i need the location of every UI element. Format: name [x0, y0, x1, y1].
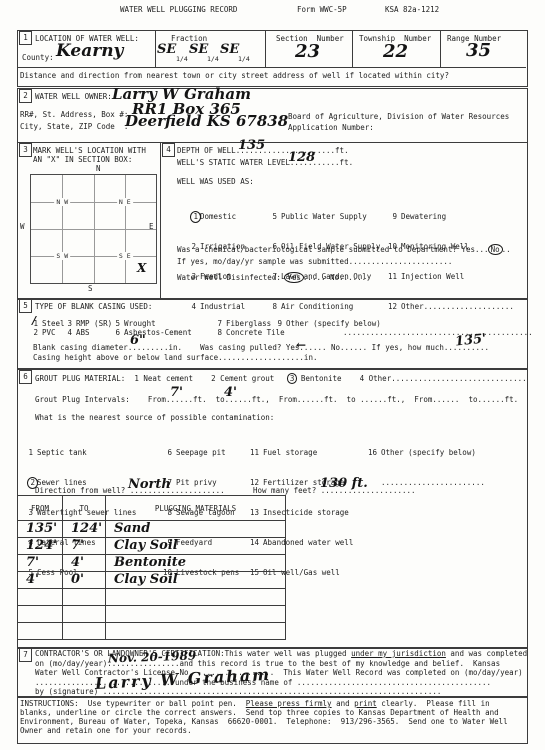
materials-column-header: PLUGGING MATERIALS: [106, 496, 286, 521]
section6-number: 6: [19, 370, 32, 384]
contamination-option: 6Seepage pit: [163, 448, 239, 458]
quadrant-ne-label: N E: [117, 198, 133, 206]
grout-interval-from-value: 7': [170, 385, 183, 400]
casing-option-label: Concrete Tile: [226, 328, 285, 337]
compass-west-label: W: [20, 222, 25, 231]
quadrant-sw-label: S W: [54, 252, 70, 260]
table-row: 7'4'Bentonite: [18, 555, 286, 572]
casing-option-number: 2: [33, 328, 38, 337]
table-row: [18, 606, 286, 623]
distance-question: Distance and direction from nearest town…: [20, 71, 449, 80]
table-row: 124'7'Clay Soil: [18, 538, 286, 555]
print-underlined: print: [354, 699, 377, 708]
casing-option-label: PVC: [42, 328, 56, 337]
fraction-quarter3-value: SE: [220, 42, 239, 57]
instructions-text: and: [332, 699, 355, 708]
section3-number: 3: [19, 143, 32, 157]
contamination-col4: 16Other (specify below) ................…: [368, 428, 485, 508]
casing-other-dots: ........................................…: [343, 328, 533, 337]
city-state-zip-value: Deerfield KS 67838: [125, 112, 288, 130]
range-number-value: 35: [466, 40, 491, 61]
direction-value: North: [128, 477, 171, 492]
section4-number: 4: [162, 143, 175, 157]
casing-option-abs: 4ABS: [67, 328, 90, 337]
well-location-x-mark: X: [137, 261, 146, 275]
from-cell: [18, 606, 63, 623]
table-row: [18, 589, 286, 606]
sample-question-dots: ..: [502, 245, 511, 254]
county-value: Kearny: [56, 41, 123, 61]
material-cell: Clay Soil: [106, 538, 286, 555]
city-state-zip-label: City, State, ZIP Code :: [20, 122, 128, 131]
from-cell: [18, 623, 63, 640]
casing-option-label: Fiberglass: [226, 319, 271, 328]
from-cell: [18, 589, 63, 606]
contamination-option: 1Septic tank: [28, 448, 136, 458]
casing-option-number: 7: [217, 319, 222, 328]
divider: [17, 67, 526, 68]
casing-option-number: 3: [67, 319, 72, 328]
contamination-label: Septic tank: [37, 448, 87, 457]
to-cell: [63, 589, 106, 606]
quarter-label: 1/4: [238, 55, 250, 64]
casing-option-label: Other (specify below): [286, 319, 381, 328]
use-option-number: 5: [272, 212, 277, 222]
use-option: 5Public Water Supply: [272, 212, 380, 222]
casing-option-number: 4: [67, 328, 72, 337]
section5-number: 5: [19, 299, 32, 313]
table-header-row: FROM TO PLUGGING MATERIALS: [18, 496, 286, 521]
use-option-number: 11: [388, 272, 397, 282]
casing-option-other: 9Other (specify below): [277, 319, 381, 328]
contamination-number: 6: [163, 448, 172, 458]
material-cell: [106, 589, 286, 606]
section3-title-line2: AN "X" IN SECTION BOX:: [33, 155, 132, 164]
from-cell: 7': [18, 555, 63, 572]
material-cell: Bentonite: [106, 555, 286, 572]
casing-option-rmp: 3RMP (SR): [67, 319, 112, 328]
jurisdiction-underlined: under my jurisdiction: [351, 649, 446, 658]
casing-option-wrought: 5Wrought: [115, 319, 156, 328]
from-cell: 135': [18, 521, 63, 538]
section-location-grid: N W N E S W S E X: [30, 174, 157, 284]
grout-plug-material-line: GROUT PLUG MATERIAL: 1 Neat cement 2 Cem…: [35, 374, 527, 383]
material-cell: [106, 623, 286, 640]
casing-option-number: 5: [115, 319, 120, 328]
casing-option-asbestos: 6Asbestos-Cement: [115, 328, 192, 337]
instructions-text: INSTRUCTIONS: Use typewriter or ball poi…: [20, 699, 246, 708]
use-option-label: Domestic: [200, 212, 236, 221]
plugging-materials-table: FROM TO PLUGGING MATERIALS 135'124'Sand …: [17, 495, 286, 640]
grout-intervals-line: Grout Plug Intervals: From......ft. to..…: [35, 395, 518, 404]
from-column-header: FROM: [18, 496, 63, 521]
to-cell: [63, 623, 106, 640]
to-cell: 124': [63, 521, 106, 538]
township-number-value: 22: [383, 41, 408, 62]
sample-question-text: Was a chemical/bacteriological sample su…: [177, 245, 489, 254]
use-option-label: Public Water Supply: [281, 212, 367, 221]
use-option-label: Injection Well: [401, 272, 464, 281]
divider: [440, 30, 441, 67]
casing-diameter-value: 6": [130, 333, 146, 348]
use-option-number: 9: [388, 212, 397, 222]
static-water-level-value: 128: [288, 150, 315, 165]
contamination-number: 16: [368, 448, 377, 458]
to-cell: 4': [63, 555, 106, 572]
divider: [155, 30, 156, 67]
casing-option-concrete: 8Concrete Tile: [217, 328, 285, 337]
to-cell: [63, 606, 106, 623]
use-option: 9Dewatering: [388, 212, 514, 222]
contamination-label: Fuel storage: [263, 448, 317, 457]
press-firmly-underlined: Please press firmly: [246, 699, 332, 708]
sample-submitted-question: Was a chemical/bacteriological sample su…: [177, 245, 511, 254]
depth-of-well-value: 135: [238, 138, 265, 153]
divider: [160, 142, 161, 298]
steel-check-mark: ∕: [32, 314, 36, 327]
agency-label: Board of Agriculture, Division of Water …: [288, 112, 509, 121]
casing-option-label: RMP (SR): [76, 319, 112, 328]
material-cell: Clay Soil: [106, 572, 286, 589]
contamination-option: 11Fuel storage: [250, 448, 353, 458]
compass-north-label: N: [96, 164, 101, 173]
casing-option-label: Steel: [42, 319, 65, 328]
contamination-number: 1: [28, 448, 33, 458]
application-number-label: Application Number:: [288, 123, 374, 132]
material-cell: Sand: [106, 521, 286, 538]
casing-height-line: Casing height above or below land surfac…: [33, 353, 317, 362]
form-number: Form WWC-5P: [297, 5, 347, 14]
contamination-question: What is the nearest source of possible c…: [35, 413, 274, 422]
casing-option-label: ABS: [76, 328, 90, 337]
disinfected-line: Water Well Disinfected: Yes..... No.....…: [177, 273, 366, 282]
casing-diameter-line: Blank casing diameter.........in. Was ca…: [33, 343, 489, 352]
contamination-number: 11: [250, 448, 259, 458]
feet-value: 130 ft.: [320, 476, 368, 491]
grout-material-label: GROUT PLUG MATERIAL: 1 Neat cement 2 Cem…: [35, 374, 288, 383]
sample-answer-no-circled: No: [488, 244, 503, 255]
contamination-label: Other (specify below): [381, 448, 476, 457]
divider: [265, 30, 266, 67]
fraction-quarter2-value: SE: [189, 42, 208, 57]
contamination-label: Seepage pit: [176, 448, 226, 457]
from-cell: 4': [18, 572, 63, 589]
use-option-label: Dewatering: [401, 212, 446, 221]
statute-number: KSA 82a-1212: [385, 5, 439, 14]
casing-option-fiberglass: 7Fiberglass: [217, 319, 271, 328]
compass-east-label: E: [149, 222, 154, 231]
grout-interval-to-value: 4': [224, 385, 237, 400]
static-water-level-line: WELL'S STATIC WATER LEVEL...........ft.: [177, 158, 353, 167]
county-label: County:: [22, 53, 54, 62]
casing-option-number: 8: [217, 328, 222, 337]
water-well-plugging-record-form: WATER WELL PLUGGING RECORD Form WWC-5P K…: [0, 0, 545, 750]
section7-number: 7: [19, 648, 32, 662]
quadrant-nw-label: N W: [54, 198, 70, 206]
section2-number: 2: [19, 89, 32, 103]
well-used-as-label: WELL WAS USED AS:: [177, 177, 254, 186]
table-row: 135'124'Sand: [18, 521, 286, 538]
form-title: WATER WELL PLUGGING RECORD: [120, 5, 237, 14]
section1-number: 1: [19, 31, 32, 45]
section-number-value: 23: [295, 41, 320, 62]
compass-south-label: S: [88, 284, 93, 293]
casing-pulled-yes-mark: ←: [296, 338, 306, 352]
to-column-header: TO: [63, 496, 106, 521]
table-row: [18, 623, 286, 640]
contamination-option: 16Other (specify below): [368, 448, 485, 458]
from-cell: 124': [18, 538, 63, 555]
section5-title: TYPE OF BLANK CASING USED:: [35, 302, 152, 311]
quarter-label: 1/4: [207, 55, 219, 64]
quarter-label: 1/4: [176, 55, 188, 64]
to-cell: 7': [63, 538, 106, 555]
grid-line: [31, 229, 156, 230]
disinfected-label: Water Well Disinfected:: [177, 273, 285, 282]
use-option: 11Injection Well: [388, 272, 514, 282]
grout-material-options: Bentonite 4 Other.......................…: [296, 374, 526, 383]
divider: [352, 30, 353, 67]
casing-option-number: 6: [115, 328, 120, 337]
disinfected-dots: ..... No......: [303, 273, 366, 282]
material-cell: [106, 606, 286, 623]
casing-option-label: Wrought: [124, 319, 156, 328]
grid-line: [31, 202, 156, 203]
to-cell: 0': [63, 572, 106, 589]
table-row: 4'0'Clay Soil: [18, 572, 286, 589]
address-label: RR#, St. Address, Box #:: [20, 110, 128, 119]
section3-title-line1: MARK WELL'S LOCATION WITH: [33, 146, 146, 155]
certification-text: and was completed: [446, 649, 527, 658]
instructions-paragraph: INSTRUCTIONS: Use typewriter or ball poi…: [20, 699, 524, 735]
grid-line: [31, 256, 156, 257]
owner-label: WATER WELL OWNER:: [35, 92, 112, 101]
casing-option-pvc: 2PVC: [33, 328, 56, 337]
quadrant-se-label: S E: [117, 252, 133, 260]
casing-option-number: 9: [277, 319, 282, 328]
casing-option-steel: 1Steel: [33, 319, 65, 328]
use-option: 1Domestic: [191, 212, 245, 222]
disinfected-answer-yes-circled: Yes: [284, 272, 304, 283]
fraction-quarter1-value: SE: [157, 42, 176, 57]
sample-date-line: If yes, mo/day/yr sample was submitted..…: [177, 257, 452, 266]
